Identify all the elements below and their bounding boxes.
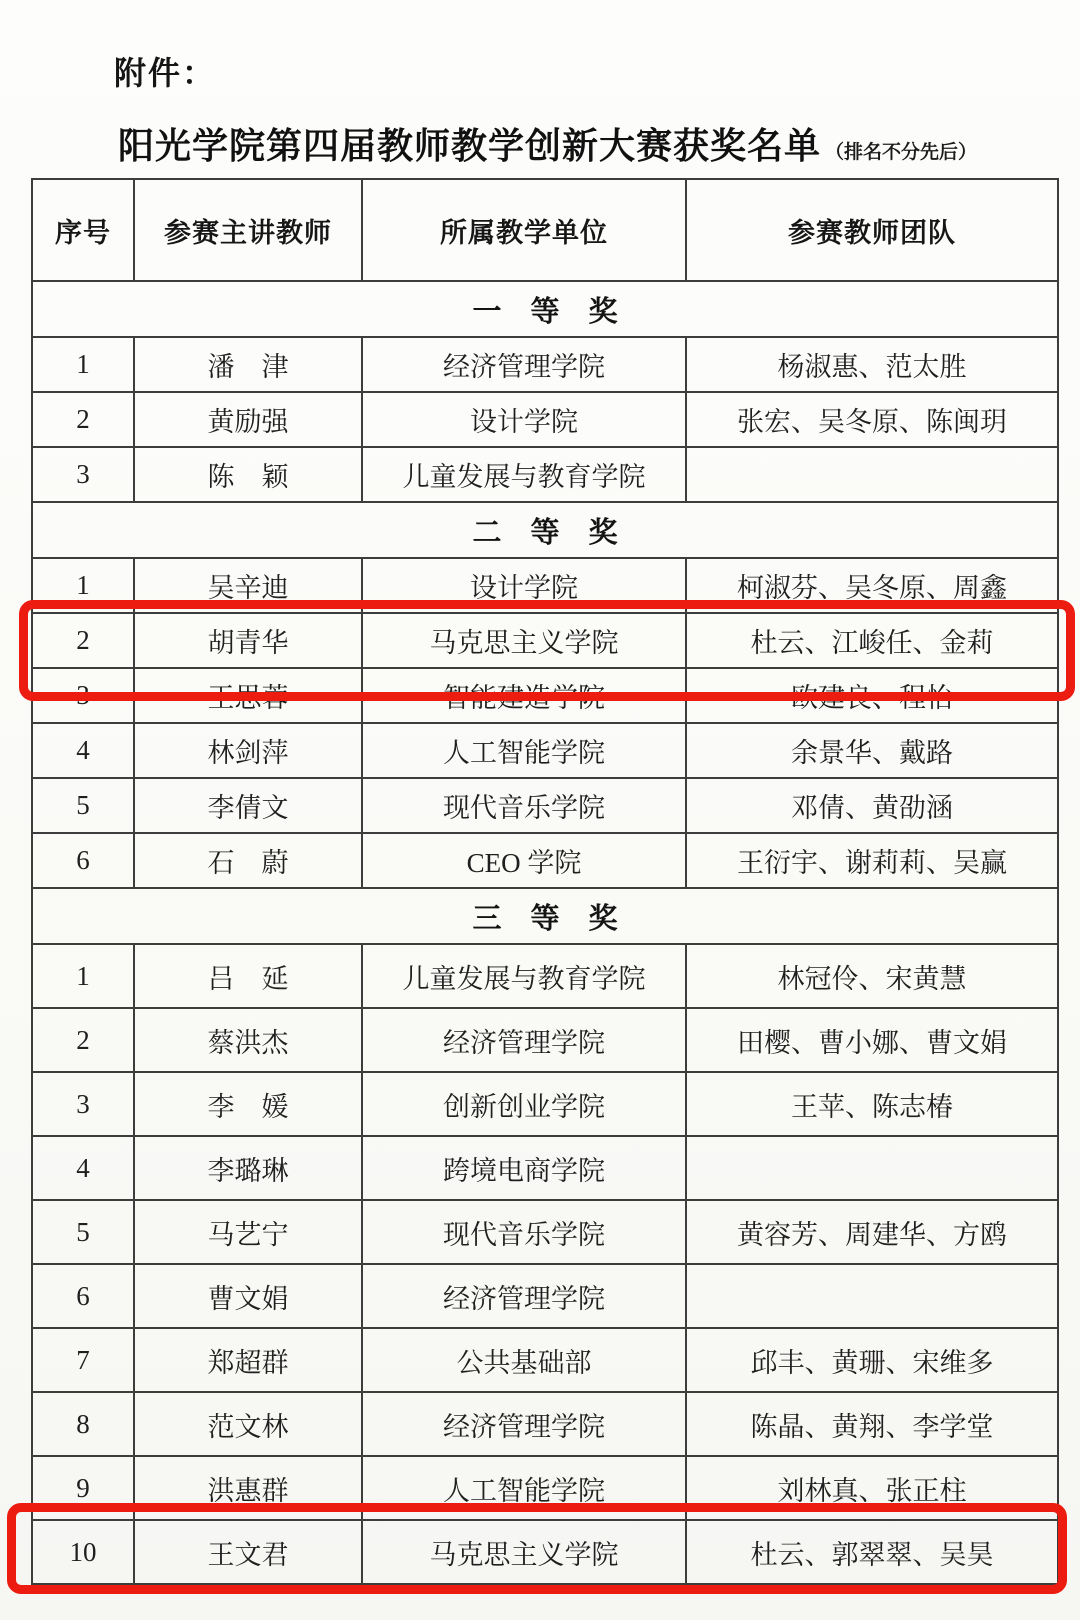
table-cell: 黄容芳、周建华、方鸥 bbox=[686, 1200, 1058, 1264]
table-cell: 刘林真、张正柱 bbox=[686, 1456, 1058, 1520]
table-row: 4林剑萍人工智能学院余景华、戴路 bbox=[32, 723, 1058, 778]
table-cell: 儿童发展与教育学院 bbox=[362, 447, 686, 502]
table-header-row: 序号参赛主讲教师所属教学单位参赛教师团队 bbox=[32, 179, 1058, 281]
table-cell: 杨淑惠、范太胜 bbox=[686, 337, 1058, 392]
table-body: 一 等 奖1潘 津经济管理学院杨淑惠、范太胜2黄励强设计学院张宏、吴冬原、陈闽玥… bbox=[32, 281, 1058, 1584]
awards-table: 序号参赛主讲教师所属教学单位参赛教师团队 一 等 奖1潘 津经济管理学院杨淑惠、… bbox=[31, 178, 1059, 1585]
table-cell: 杜云、江峻任、金莉 bbox=[686, 613, 1058, 668]
column-header: 所属教学单位 bbox=[362, 179, 686, 281]
table-cell: 李 媛 bbox=[134, 1072, 362, 1136]
table-cell: 范文林 bbox=[134, 1392, 362, 1456]
table-cell: 李璐琳 bbox=[134, 1136, 362, 1200]
table-row: 5马艺宁现代音乐学院黄容芳、周建华、方鸥 bbox=[32, 1200, 1058, 1264]
table-cell: 设计学院 bbox=[362, 558, 686, 613]
table-cell: 吴辛迪 bbox=[134, 558, 362, 613]
table-cell: 王衍宇、谢莉莉、吴赢 bbox=[686, 833, 1058, 888]
table-row: 4李璐琳跨境电商学院 bbox=[32, 1136, 1058, 1200]
table-cell: 陈晶、黄翔、李学堂 bbox=[686, 1392, 1058, 1456]
table-cell: 人工智能学院 bbox=[362, 723, 686, 778]
table-cell bbox=[686, 1264, 1058, 1328]
table-cell: 潘 津 bbox=[134, 337, 362, 392]
table-cell: 王文君 bbox=[134, 1520, 362, 1584]
table-row: 10王文君马克思主义学院杜云、郭翠翠、吴昊 bbox=[32, 1520, 1058, 1584]
table-cell: 1 bbox=[32, 337, 134, 392]
table-row: 1潘 津经济管理学院杨淑惠、范太胜 bbox=[32, 337, 1058, 392]
column-header: 参赛主讲教师 bbox=[134, 179, 362, 281]
table-cell: 6 bbox=[32, 1264, 134, 1328]
table-cell: 马克思主义学院 bbox=[362, 1520, 686, 1584]
section-row: 一 等 奖 bbox=[32, 281, 1058, 337]
table-cell: 石 蔚 bbox=[134, 833, 362, 888]
attachment-label: 附件： bbox=[114, 48, 216, 94]
column-header: 参赛教师团队 bbox=[686, 179, 1058, 281]
table-cell: CEO 学院 bbox=[362, 833, 686, 888]
table-cell: 现代音乐学院 bbox=[362, 1200, 686, 1264]
table-cell: 陈 颖 bbox=[134, 447, 362, 502]
table-cell: 人工智能学院 bbox=[362, 1456, 686, 1520]
table-cell: 马艺宁 bbox=[134, 1200, 362, 1264]
table-cell: 黄励强 bbox=[134, 392, 362, 447]
table-cell: 余景华、戴路 bbox=[686, 723, 1058, 778]
page-title: 阳光学院第四届教师教学创新大赛获奖名单 bbox=[118, 125, 821, 166]
table-cell: 林剑萍 bbox=[134, 723, 362, 778]
section-label: 二 等 奖 bbox=[32, 502, 1058, 558]
section-row: 二 等 奖 bbox=[32, 502, 1058, 558]
table-cell: 智能建造学院 bbox=[362, 668, 686, 723]
table-cell: 经济管理学院 bbox=[362, 1392, 686, 1456]
table-row: 6曹文娟经济管理学院 bbox=[32, 1264, 1058, 1328]
table-cell: 2 bbox=[32, 613, 134, 668]
table-cell: 林冠伶、宋黄慧 bbox=[686, 944, 1058, 1008]
table-cell: 洪惠群 bbox=[134, 1456, 362, 1520]
table-cell: 3 bbox=[32, 668, 134, 723]
table-cell: 经济管理学院 bbox=[362, 1008, 686, 1072]
table-cell: 8 bbox=[32, 1392, 134, 1456]
table-row: 6石 蔚CEO 学院王衍宇、谢莉莉、吴赢 bbox=[32, 833, 1058, 888]
table-row: 5李倩文现代音乐学院邓倩、黄劭涵 bbox=[32, 778, 1058, 833]
table-cell: 1 bbox=[32, 558, 134, 613]
table-cell: 邱丰、黄珊、宋维多 bbox=[686, 1328, 1058, 1392]
section-label: 三 等 奖 bbox=[32, 888, 1058, 944]
table-cell: 9 bbox=[32, 1456, 134, 1520]
table-cell: 马克思主义学院 bbox=[362, 613, 686, 668]
table-cell: 5 bbox=[32, 1200, 134, 1264]
table-row: 2黄励强设计学院张宏、吴冬原、陈闽玥 bbox=[32, 392, 1058, 447]
table-cell: 张宏、吴冬原、陈闽玥 bbox=[686, 392, 1058, 447]
table-row: 9洪惠群人工智能学院刘林真、张正柱 bbox=[32, 1456, 1058, 1520]
column-header: 序号 bbox=[32, 179, 134, 281]
table-cell: 3 bbox=[32, 1072, 134, 1136]
table-row: 8范文林经济管理学院陈晶、黄翔、李学堂 bbox=[32, 1392, 1058, 1456]
table-cell: 吕 延 bbox=[134, 944, 362, 1008]
table-row: 7郑超群公共基础部邱丰、黄珊、宋维多 bbox=[32, 1328, 1058, 1392]
table-cell: 7 bbox=[32, 1328, 134, 1392]
table-cell: 4 bbox=[32, 1136, 134, 1200]
table-cell: 欧建良、程怡 bbox=[686, 668, 1058, 723]
table-cell: 柯淑芬、吴冬原、周鑫 bbox=[686, 558, 1058, 613]
document-title-line: 阳光学院第四届教师教学创新大赛获奖名单（排名不分先后） bbox=[118, 118, 1048, 169]
table-cell: 设计学院 bbox=[362, 392, 686, 447]
table-cell bbox=[686, 447, 1058, 502]
section-label: 一 等 奖 bbox=[32, 281, 1058, 337]
table-cell: 1 bbox=[32, 944, 134, 1008]
table-cell: 郑超群 bbox=[134, 1328, 362, 1392]
table-cell: 现代音乐学院 bbox=[362, 778, 686, 833]
table-row: 1吴辛迪设计学院柯淑芬、吴冬原、周鑫 bbox=[32, 558, 1058, 613]
table-row: 3王思蓉智能建造学院欧建良、程怡 bbox=[32, 668, 1058, 723]
table-cell: 3 bbox=[32, 447, 134, 502]
table-cell: 经济管理学院 bbox=[362, 337, 686, 392]
table-cell: 邓倩、黄劭涵 bbox=[686, 778, 1058, 833]
table-row: 1吕 延儿童发展与教育学院林冠伶、宋黄慧 bbox=[32, 944, 1058, 1008]
table-row: 2蔡洪杰经济管理学院田樱、曹小娜、曹文娟 bbox=[32, 1008, 1058, 1072]
table-cell: 创新创业学院 bbox=[362, 1072, 686, 1136]
table-cell: 经济管理学院 bbox=[362, 1264, 686, 1328]
table-cell: 杜云、郭翠翠、吴昊 bbox=[686, 1520, 1058, 1584]
table-row: 3李 媛创新创业学院王苹、陈志椿 bbox=[32, 1072, 1058, 1136]
document-page: 附件： 阳光学院第四届教师教学创新大赛获奖名单（排名不分先后） 序号参赛主讲教师… bbox=[0, 0, 1080, 1620]
table-cell: 胡青华 bbox=[134, 613, 362, 668]
table-cell: 5 bbox=[32, 778, 134, 833]
table-cell: 田樱、曹小娜、曹文娟 bbox=[686, 1008, 1058, 1072]
table-cell: 李倩文 bbox=[134, 778, 362, 833]
table-cell: 蔡洪杰 bbox=[134, 1008, 362, 1072]
table-cell: 6 bbox=[32, 833, 134, 888]
table-cell: 王思蓉 bbox=[134, 668, 362, 723]
table-cell: 4 bbox=[32, 723, 134, 778]
table-cell: 公共基础部 bbox=[362, 1328, 686, 1392]
table-cell: 10 bbox=[32, 1520, 134, 1584]
table-cell: 儿童发展与教育学院 bbox=[362, 944, 686, 1008]
table-cell: 王苹、陈志椿 bbox=[686, 1072, 1058, 1136]
table-cell: 2 bbox=[32, 1008, 134, 1072]
section-row: 三 等 奖 bbox=[32, 888, 1058, 944]
page-title-suffix: （排名不分先后） bbox=[825, 142, 977, 163]
table-cell bbox=[686, 1136, 1058, 1200]
table-row: 3陈 颖儿童发展与教育学院 bbox=[32, 447, 1058, 502]
table-cell: 2 bbox=[32, 392, 134, 447]
table-row: 2胡青华马克思主义学院杜云、江峻任、金莉 bbox=[32, 613, 1058, 668]
table-cell: 曹文娟 bbox=[134, 1264, 362, 1328]
table-cell: 跨境电商学院 bbox=[362, 1136, 686, 1200]
